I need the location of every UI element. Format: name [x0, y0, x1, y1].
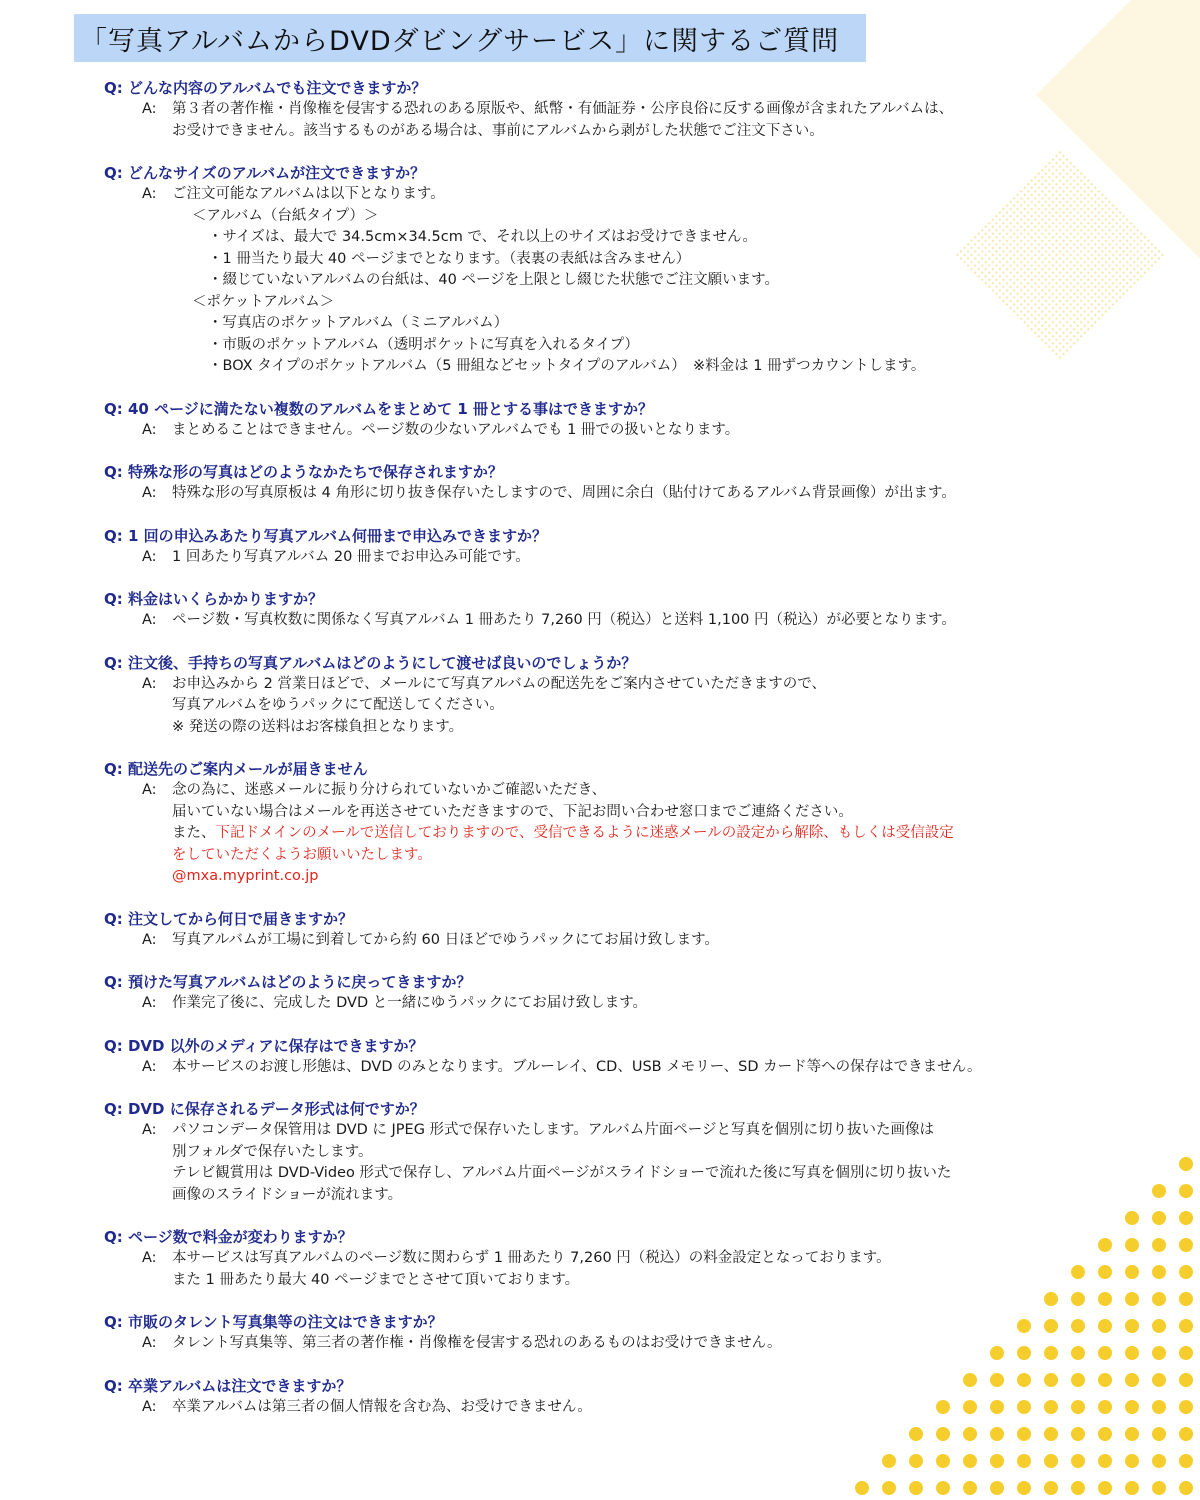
decorative-dot: [1179, 1265, 1193, 1279]
answer-line: 念の為に、迷惑メールに振り分けられていないかご確認いただき、: [172, 780, 1154, 802]
answer-line: まとめることはできません。ページ数の少ないアルバムでも 1 冊での扱いとなります…: [172, 420, 1154, 442]
decorative-dot: [1152, 1292, 1166, 1306]
faq-item: Q: 40 ページに満たない複数のアルバムをまとめて 1 冊とする事はできますか…: [104, 399, 1154, 442]
decorative-dot: [1098, 1481, 1112, 1495]
decorative-dot: [1179, 1211, 1193, 1225]
faq-question: Q: 預けた写真アルバムはどのように戻ってきますか？: [104, 972, 1154, 993]
decorative-dot: [1125, 1454, 1139, 1468]
faq-item: Q: 特殊な形の写真はどのようなかたちで保存されますか？ A: 特殊な形の写真原…: [104, 462, 1154, 505]
faq-answer: A: 作業完了後に、完成した DVD と一緒にゆうパックにてお届け致します。: [104, 993, 1154, 1015]
decorative-dot: [1152, 1427, 1166, 1441]
decorative-dot: [1179, 1238, 1193, 1252]
faq-item: Q: DVD に保存されるデータ形式は何ですか？ A: パソコンデータ保管用は …: [104, 1099, 1154, 1206]
decorative-dot: [909, 1454, 923, 1468]
decorative-dot: [1152, 1346, 1166, 1360]
answer-line: ページ数・写真枚数に関係なく写真アルバム 1 冊あたり 7,260 円（税込）と…: [172, 610, 1154, 632]
answer-label: A:: [104, 610, 172, 632]
decorative-dot: [1017, 1481, 1031, 1495]
answer-bullet: ・写真店のポケットアルバム（ミニアルバム）: [172, 313, 1154, 335]
decorative-dot: [1179, 1373, 1193, 1387]
answer-label: A:: [104, 184, 172, 378]
decorative-dot: [1179, 1292, 1193, 1306]
faq-question: Q: 注文してから何日で届きますか？: [104, 909, 1154, 930]
answer-label: A:: [104, 420, 172, 442]
decorative-dot: [1152, 1373, 1166, 1387]
faq-answer: A: 1 回あたり写真アルバム 20 冊までお申込み可能です。: [104, 547, 1154, 569]
decorative-dot: [936, 1481, 950, 1495]
answer-line: お受けできません。該当するものがある場合は、事前にアルバムから剥がした状態でご注…: [172, 121, 1154, 143]
faq-item: Q: 市販のタレント写真集等の注文はできますか？ A: タレント写真集等、第三者…: [104, 1312, 1154, 1355]
decorative-dot: [882, 1454, 896, 1468]
faq-answer: A: ページ数・写真枚数に関係なく写真アルバム 1 冊あたり 7,260 円（税…: [104, 610, 1154, 632]
answer-label: A:: [104, 1057, 172, 1079]
answer-line: テレビ観賞用は DVD-Video 形式で保存し、アルバム片面ページがスライドシ…: [172, 1163, 1154, 1185]
decorative-dot: [1179, 1400, 1193, 1414]
answer-label: A:: [104, 1120, 172, 1206]
answer-label: A:: [104, 674, 172, 739]
faq-answer: A: 第３者の著作権・肖像権を侵害する恐れのある原版や、紙幣・有価証券・公序良俗…: [104, 99, 1154, 142]
faq-item: Q: 1 回の申込みあたり写真アルバム何冊まで申込みできますか？ A: 1 回あ…: [104, 526, 1154, 569]
answer-line: タレント写真集等、第三者の著作権・肖像権を侵害する恐れのあるものはお受けできませ…: [172, 1333, 1154, 1355]
answer-line: 写真アルバムが工場に到着してから約 60 日ほどでゆうパックにてお届け致します。: [172, 930, 1154, 952]
answer-label: A:: [104, 1248, 172, 1291]
answer-label: A:: [104, 930, 172, 952]
page-title-banner: 「写真アルバムからDVDダビングサービス」に関するご質問: [74, 14, 866, 62]
faq-item: Q: ページ数で料金が変わりますか？ A: 本サービスは写真アルバムのページ数に…: [104, 1227, 1154, 1291]
faq-question: Q: 注文後、手持ちの写真アルバムはどのようにして渡せば良いのでしょうか？: [104, 653, 1154, 674]
faq-answer: A: まとめることはできません。ページ数の少ないアルバムでも 1 冊での扱いとな…: [104, 420, 1154, 442]
decorative-dot: [963, 1454, 977, 1468]
answer-label: A:: [104, 99, 172, 142]
decorative-dot: [855, 1481, 869, 1495]
decorative-dot: [1179, 1346, 1193, 1360]
decorative-dot: [1152, 1454, 1166, 1468]
faq-item: Q: どんな内容のアルバムでも注文できますか？ A: 第３者の著作権・肖像権を侵…: [104, 78, 1154, 142]
answer-line: パソコンデータ保管用は DVD に JPEG 形式で保存いたします。アルバム片面…: [172, 1120, 1154, 1142]
answer-line: 1 回あたり写真アルバム 20 冊までお申込み可能です。: [172, 547, 1154, 569]
highlight-text: をしていただくようお願いいたします。: [172, 845, 1154, 867]
answer-label: A:: [104, 483, 172, 505]
answer-line: 届いていない場合はメールを再送させていただきますので、下記お問い合わせ窓口までご…: [172, 802, 1154, 824]
answer-line: 本サービスは写真アルバムのページ数に関わらず 1 冊あたり 7,260 円（税込…: [172, 1248, 1154, 1270]
decorative-dot: [1071, 1454, 1085, 1468]
answer-line: また 1 冊あたり最大 40 ページまでとさせて頂いております。: [172, 1270, 1154, 1292]
faq-answer: A: 特殊な形の写真原板は 4 角形に切り抜き保存いたしますので、周囲に余白（貼…: [104, 483, 1154, 505]
decorative-dot: [882, 1481, 896, 1495]
faq-item: Q: 配送先のご案内メールが届きません A: 念の為に、迷惑メールに振り分けられ…: [104, 759, 1154, 888]
faq-answer: A: ご注文可能なアルバムは以下となります。 ＜アルバム（台紙タイプ）＞ ・サイ…: [104, 184, 1154, 378]
decorative-dot: [1179, 1454, 1193, 1468]
faq-answer: A: タレント写真集等、第三者の著作権・肖像権を侵害する恐れのあるものはお受けで…: [104, 1333, 1154, 1355]
answer-subheading: ＜アルバム（台紙タイプ）＞: [172, 206, 1154, 228]
answer-line: 卒業アルバムは第三者の個人情報を含む為、お受けできません。: [172, 1397, 1154, 1419]
faq-list: Q: どんな内容のアルバムでも注文できますか？ A: 第３者の著作権・肖像権を侵…: [104, 78, 1154, 1439]
answer-label: A:: [104, 993, 172, 1015]
answer-line: お申込みから 2 営業日ほどで、メールにて写真アルバムの配送先をご案内させていた…: [172, 674, 1154, 696]
answer-line: 特殊な形の写真原板は 4 角形に切り抜き保存いたしますので、周囲に余白（貼付けて…: [172, 483, 1154, 505]
faq-question: Q: DVD 以外のメディアに保存はできますか？: [104, 1036, 1154, 1057]
faq-answer: A: お申込みから 2 営業日ほどで、メールにて写真アルバムの配送先をご案内させ…: [104, 674, 1154, 739]
decorative-dot: [909, 1481, 923, 1495]
faq-question: Q: DVD に保存されるデータ形式は何ですか？: [104, 1099, 1154, 1120]
decorative-dot: [1071, 1481, 1085, 1495]
decorative-dot: [1125, 1481, 1139, 1495]
faq-item: Q: どんなサイズのアルバムが注文できますか？ A: ご注文可能なアルバムは以下…: [104, 163, 1154, 378]
answer-note: ※ 発送の際の送料はお客様負担となります。: [172, 717, 1154, 739]
decorative-dot: [1179, 1157, 1193, 1171]
faq-question: Q: 40 ページに満たない複数のアルバムをまとめて 1 冊とする事はできますか…: [104, 399, 1154, 420]
answer-label: A:: [104, 1333, 172, 1355]
answer-bullet: ・BOX タイプのポケットアルバム（5 冊組などセットタイプのアルバム） ※料金…: [172, 356, 1154, 378]
answer-line: ご注文可能なアルバムは以下となります。: [172, 184, 1154, 206]
faq-item: Q: 注文してから何日で届きますか？ A: 写真アルバムが工場に到着してから約 …: [104, 909, 1154, 952]
answer-bullet: ・市販のポケットアルバム（透明ポケットに写真を入れるタイプ）: [172, 335, 1154, 357]
faq-answer: A: 卒業アルバムは第三者の個人情報を含む為、お受けできません。: [104, 1397, 1154, 1419]
answer-label: A:: [104, 1397, 172, 1419]
decorative-dot: [936, 1454, 950, 1468]
faq-item: Q: DVD 以外のメディアに保存はできますか？ A: 本サービスのお渡し形態は…: [104, 1036, 1154, 1079]
answer-line: 第３者の著作権・肖像権を侵害する恐れのある原版や、紙幣・有価証券・公序良俗に反す…: [172, 99, 1154, 121]
faq-question: Q: ページ数で料金が変わりますか？: [104, 1227, 1154, 1248]
page-title: 「写真アルバムからDVDダビングサービス」に関するご質問: [74, 19, 839, 58]
decorative-dot: [990, 1454, 1004, 1468]
answer-label: A:: [104, 547, 172, 569]
decorative-dot: [1098, 1454, 1112, 1468]
decorative-dot: [1152, 1265, 1166, 1279]
decorative-dot: [990, 1481, 1004, 1495]
answer-line: 作業完了後に、完成した DVD と一緒にゆうパックにてお届け致します。: [172, 993, 1154, 1015]
faq-question: Q: 卒業アルバムは注文できますか？: [104, 1376, 1154, 1397]
faq-question: Q: どんな内容のアルバムでも注文できますか？: [104, 78, 1154, 99]
answer-bullet: ・サイズは、最大で 34.5cm×34.5cm で、それ以上のサイズはお受けでき…: [172, 227, 1154, 249]
highlight-text: 下記ドメインのメールで送信しておりますので、受信できるように迷惑メールの設定から…: [216, 825, 954, 841]
faq-question: Q: 料金はいくらかかりますか？: [104, 589, 1154, 610]
answer-bullet: ・綴じていないアルバムの台紙は、40 ページを上限とし綴じた状態でご注文願います…: [172, 270, 1154, 292]
faq-item: Q: 料金はいくらかかりますか？ A: ページ数・写真枚数に関係なく写真アルバム…: [104, 589, 1154, 632]
answer-line: 写真アルバムをゆうパックにて配送してください。: [172, 695, 1154, 717]
faq-item: Q: 注文後、手持ちの写真アルバムはどのようにして渡せば良いのでしょうか？ A:…: [104, 653, 1154, 739]
faq-question: Q: 1 回の申込みあたり写真アルバム何冊まで申込みできますか？: [104, 526, 1154, 547]
faq-answer: A: 本サービスは写真アルバムのページ数に関わらず 1 冊あたり 7,260 円…: [104, 1248, 1154, 1291]
faq-answer: A: 写真アルバムが工場に到着してから約 60 日ほどでゆうパックにてお届け致し…: [104, 930, 1154, 952]
decorative-dot: [963, 1481, 977, 1495]
decorative-dot: [1152, 1238, 1166, 1252]
faq-answer: A: パソコンデータ保管用は DVD に JPEG 形式で保存いたします。アルバ…: [104, 1120, 1154, 1206]
faq-question: Q: どんなサイズのアルバムが注文できますか？: [104, 163, 1154, 184]
answer-label: A:: [104, 780, 172, 888]
email-domain: @mxa.myprint.co.jp: [172, 866, 1154, 888]
decorative-dot: [1152, 1400, 1166, 1414]
decorative-dot: [1179, 1427, 1193, 1441]
decorative-dot: [1152, 1184, 1166, 1198]
faq-item: Q: 預けた写真アルバムはどのように戻ってきますか？ A: 作業完了後に、完成し…: [104, 972, 1154, 1015]
faq-answer: A: 本サービスのお渡し形態は、DVD のみとなります。ブルーレイ、CD、USB…: [104, 1057, 1154, 1079]
decorative-dot: [1044, 1481, 1058, 1495]
answer-line: 画像のスライドショーが流れます。: [172, 1185, 1154, 1207]
answer-bullet: ・1 冊当たり最大 40 ページまでとなります。（表裏の表紙は含みません）: [172, 249, 1154, 271]
answer-line: また、下記ドメインのメールで送信しておりますので、受信できるように迷惑メールの設…: [172, 823, 1154, 845]
faq-question: Q: 配送先のご案内メールが届きません: [104, 759, 1154, 780]
decorative-dot: [1179, 1184, 1193, 1198]
answer-subheading: ＜ポケットアルバム＞: [172, 292, 1154, 314]
decorative-dot: [1044, 1454, 1058, 1468]
faq-item: Q: 卒業アルバムは注文できますか？ A: 卒業アルバムは第三者の個人情報を含む…: [104, 1376, 1154, 1419]
answer-line: 本サービスのお渡し形態は、DVD のみとなります。ブルーレイ、CD、USB メモ…: [172, 1057, 1154, 1079]
faq-question: Q: 特殊な形の写真はどのようなかたちで保存されますか？: [104, 462, 1154, 483]
faq-question: Q: 市販のタレント写真集等の注文はできますか？: [104, 1312, 1154, 1333]
decorative-dot: [1179, 1319, 1193, 1333]
answer-line: 別フォルダで保存いたします。: [172, 1142, 1154, 1164]
decorative-dot: [1152, 1211, 1166, 1225]
decorative-dot: [1152, 1481, 1166, 1495]
decorative-dot: [1179, 1481, 1193, 1495]
decorative-dot: [1017, 1454, 1031, 1468]
faq-answer: A: 念の為に、迷惑メールに振り分けられていないかご確認いただき、 届いていない…: [104, 780, 1154, 888]
decorative-dot: [1152, 1319, 1166, 1333]
